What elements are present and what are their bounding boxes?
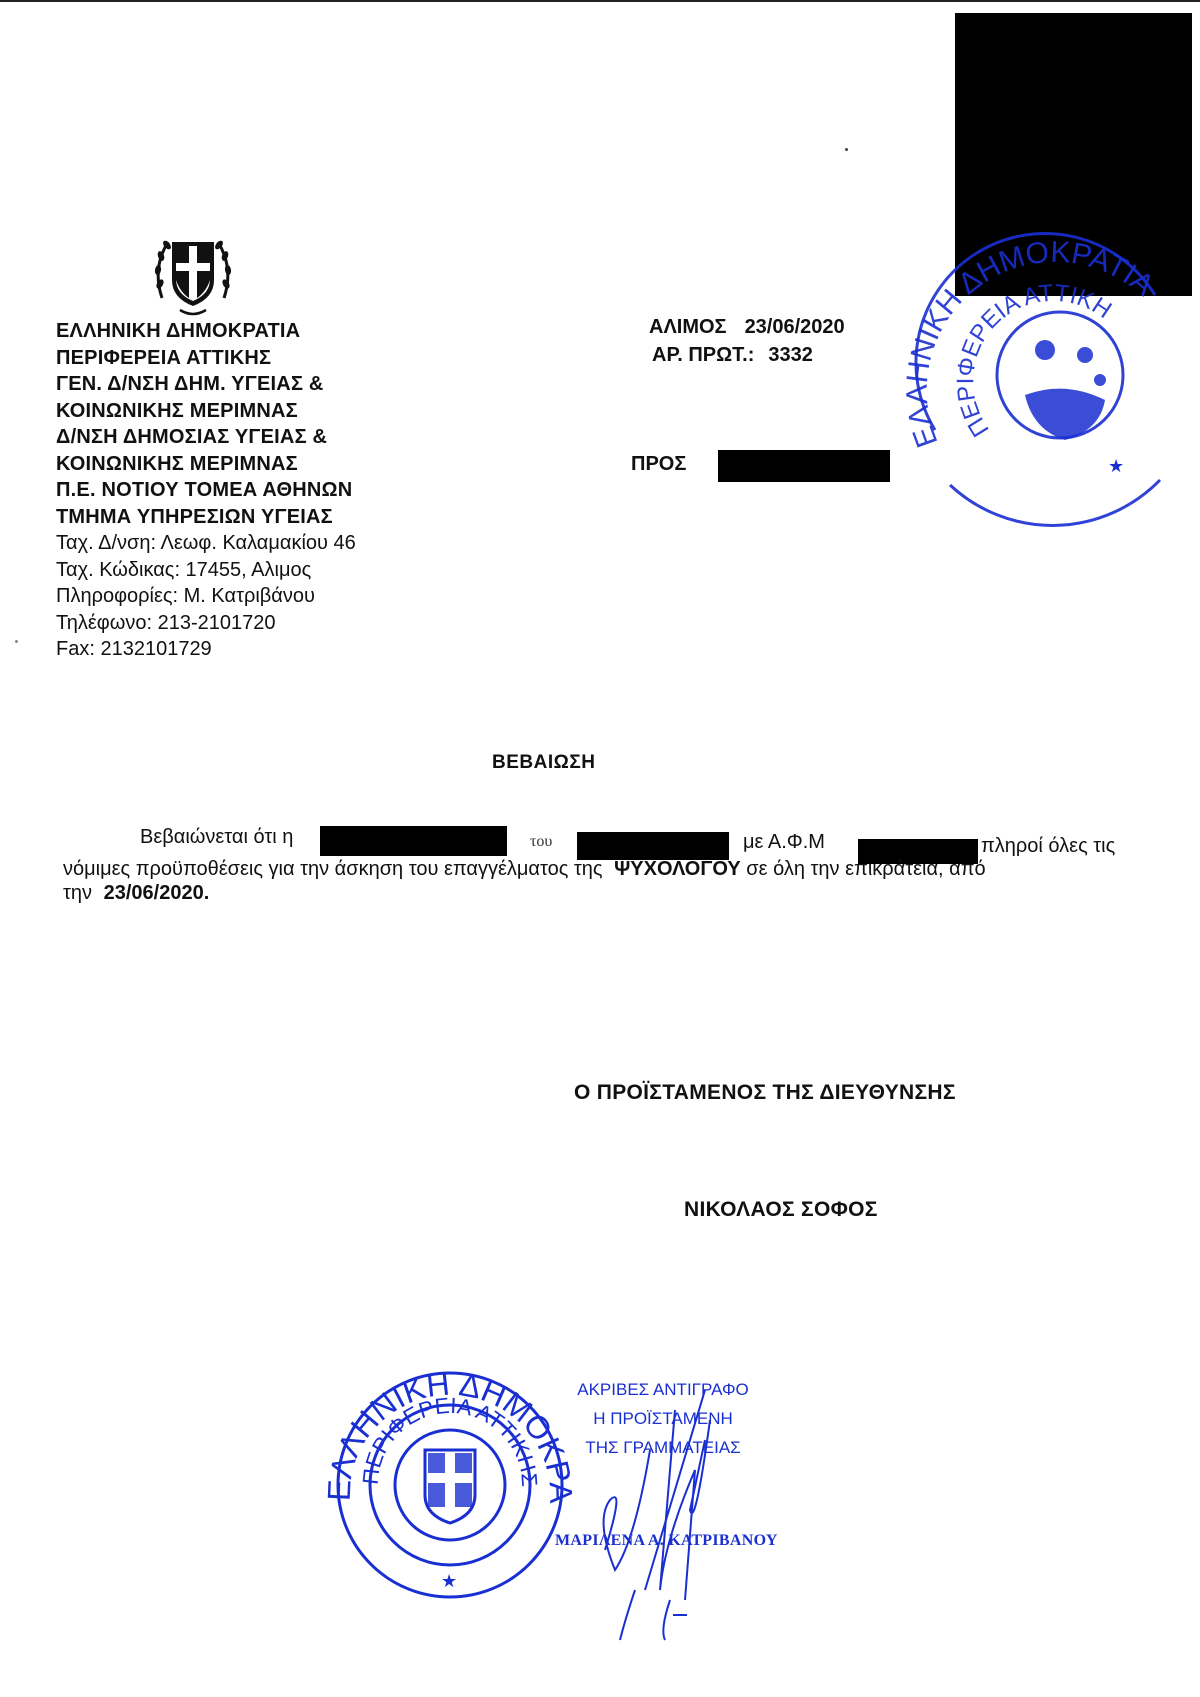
place-date-line: ΑΛΙΜΟΣ23/06/2020: [649, 313, 845, 341]
place-label: ΑΛΙΜΟΣ: [649, 316, 727, 338]
body-line-2: νόμιμες προϋποθέσεις για την άσκηση του …: [63, 858, 986, 881]
protocol-label: ΑΡ. ΠΡΩΤ.:: [652, 344, 754, 366]
scanned-certificate-page: ΕΛΛΗΝΙΚΗ ΔΗΜΟΚΡΑΤΙΑ ΠΕΡΙΦΕΡΕΙΑ ΑΤΤΙΚΗΣ Γ…: [0, 0, 1200, 1697]
body-fulfils: πληροί όλες τις: [981, 835, 1115, 858]
signatory-title: Ο ΠΡΟΪΣΤΑΜΕΝΟΣ ΤΗΣ ΔΙΕΥΘΥΝΣΗΣ: [574, 1081, 956, 1105]
greek-coat-of-arms-icon: [150, 228, 236, 318]
effective-date: 23/06/2020.: [104, 882, 210, 904]
recipient-label: ΠΡΟΣ: [631, 453, 686, 476]
top-right-stamp: ΕΛΛΗΝΙΚΗ ΔΗΜΟΚΡΑΤΙΑ ΠΕΡΙΦΕΡΕΙΑ ΑΤΤΙΚΗΣ ★: [915, 280, 1175, 500]
issuing-authority-header: ΕΛΛΗΝΙΚΗ ΔΗΜΟΚΡΑΤΙΑ ΠΕΡΙΦΕΡΕΙΑ ΑΤΤΙΚΗΣ Γ…: [56, 318, 356, 663]
document-date: 23/06/2020: [745, 316, 845, 338]
authority-line: ΓΕΝ. Δ/ΝΣΗ ΔΗΜ. ΥΓΕΙΑΣ &: [56, 371, 356, 398]
body-line-1: Βεβαιώνεται ότι η: [140, 826, 293, 849]
star-icon: ★: [441, 1571, 457, 1591]
redaction-recipient: [718, 450, 890, 482]
stamp-outer-text: ΕΛΛΗΝΙΚΗ ΔΗΜΟΚΡΑΤΙΑ: [901, 236, 1160, 452]
authority-line: ΠΕΡΙΦΕΡΕΙΑ ΑΤΤΙΚΗΣ: [56, 345, 356, 372]
profession: ΨΥΧΟΛΟΓΟΥ: [614, 858, 741, 880]
scan-speck: [15, 640, 18, 643]
authority-line: ΚΟΙΝΩΝΙΚΗΣ ΜΕΡΙΜΝΑΣ: [56, 451, 356, 478]
phone-line: Τηλέφωνο: 213-2101720: [56, 610, 356, 637]
fax-line: Fax: 2132101729: [56, 636, 356, 663]
signatory-name: ΝΙΚΟΛΑΟΣ ΣΟΦΟΣ: [684, 1198, 878, 1222]
date-and-protocol: ΑΛΙΜΟΣ23/06/2020 ΑΡ. ΠΡΩΤ.:3332: [649, 313, 845, 369]
redaction-parent-name: [577, 832, 729, 860]
authority-line: Δ/ΝΣΗ ΔΗΜΟΣΙΑΣ ΥΓΕΙΑΣ &: [56, 424, 356, 451]
star-icon: ★: [1108, 456, 1124, 476]
scan-edge-line: [0, 0, 1200, 2]
protocol-number: 3332: [768, 344, 813, 366]
body-line-3: την 23/06/2020.: [63, 882, 209, 905]
authority-line: Π.Ε. ΝΟΤΙΟΥ ΤΟΜΕΑ ΑΘΗΝΩΝ: [56, 477, 356, 504]
handwritten-signature: [565, 1390, 765, 1650]
tax-id-label: με Α.Φ.Μ: [743, 831, 825, 854]
authority-line: ΤΜΗΜΑ ΥΠΗΡΕΣΙΩΝ ΥΓΕΙΑΣ: [56, 504, 356, 531]
redaction-person-name: [320, 826, 507, 856]
authority-line: ΕΛΛΗΝΙΚΗ ΔΗΜΟΚΡΑΤΙΑ: [56, 318, 356, 345]
coat-of-arms-icon: [425, 1450, 475, 1523]
document-title: ΒΕΒΑΙΩΣΗ: [492, 752, 595, 774]
scan-speck: [845, 148, 848, 151]
bottom-stamp: ΕΛΛΗΝΙΚΗ ΔΗΜΟΚΡΑΤΙΑ ΠΕΡΙΦΕΡΕΙΑ ΑΤΤΙΚΗΣ ★: [330, 1355, 570, 1595]
body-intro: Βεβαιώνεται ότι η: [140, 826, 293, 848]
protocol-line: ΑΡ. ΠΡΩΤ.:3332: [649, 341, 845, 369]
contact-person-line: Πληροφορίες: Μ. Κατριβάνου: [56, 583, 356, 610]
authority-line: ΚΟΙΝΩΝΙΚΗΣ ΜΕΡΙΜΝΑΣ: [56, 398, 356, 425]
body-of: του: [530, 833, 552, 851]
address-line: Ταχ. Δ/νση: Λεωφ. Καλαμακίου 46: [56, 530, 356, 557]
postal-code-line: Ταχ. Κώδικας: 17455, Αλιμος: [56, 557, 356, 584]
